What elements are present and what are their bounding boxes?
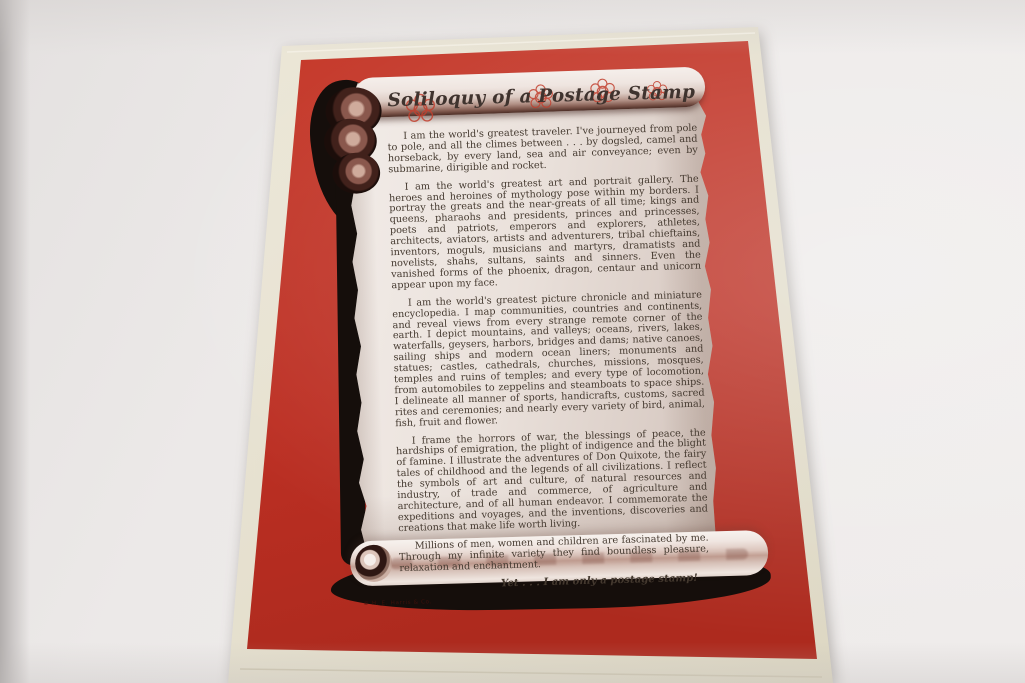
title-row: Soliloquy of a Postage Stamp bbox=[386, 82, 697, 125]
photo-background: Soliloquy of a Postage Stamp I am the wo… bbox=[0, 0, 1025, 683]
closing-line: Yet . . . I am only a postage stamp! bbox=[400, 573, 710, 593]
cover-paragraph: Millions of men, women and children are … bbox=[399, 533, 710, 574]
album-cover-art: Soliloquy of a Postage Stamp I am the wo… bbox=[290, 42, 765, 673]
cover-paragraph: I am the world's greatest traveler. I've… bbox=[387, 124, 698, 176]
scroll-spiral-end bbox=[321, 86, 388, 204]
cover-paragraph: I am the world's greatest picture chroni… bbox=[392, 290, 706, 429]
cover-paragraph: I frame the horrors of war, the blessing… bbox=[396, 428, 709, 535]
scroll-text-block: Soliloquy of a Postage Stamp I am the wo… bbox=[386, 82, 710, 600]
scroll-roll-end bbox=[355, 544, 393, 582]
cover-paragraph: I am the world's greatest art and portra… bbox=[389, 174, 702, 292]
